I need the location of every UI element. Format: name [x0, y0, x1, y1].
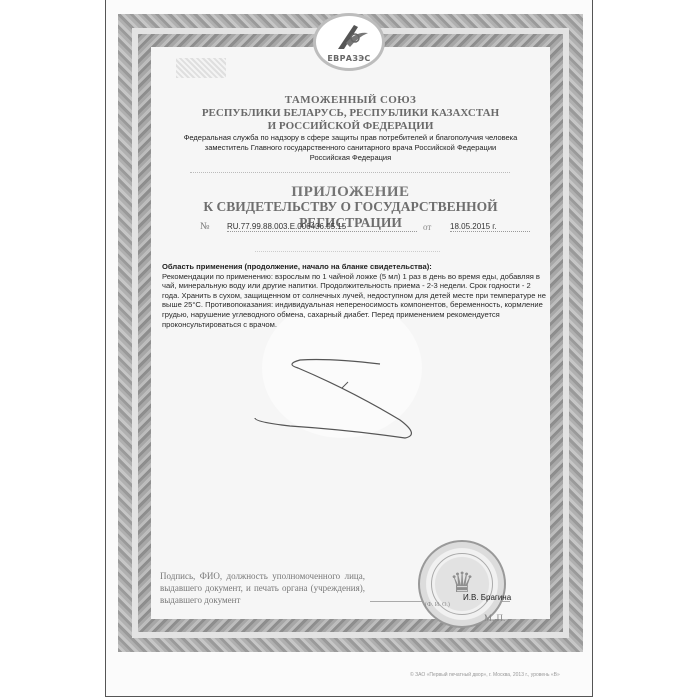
header-line-customs-union: ТАМОЖЕННЫЙ СОЮЗ	[151, 94, 550, 106]
usage-recommendations-text: Рекомендации по применению: взрослым по …	[162, 272, 547, 330]
info-caption-line	[255, 251, 440, 252]
guilloche-pattern-box	[176, 58, 226, 78]
section-title: Область применения (продолжение, начало …	[162, 262, 547, 272]
authority-line-2: заместитель Главного государственного са…	[151, 143, 550, 152]
header-line-russian-federation: И РОССИЙСКОЙ ФЕДЕРАЦИИ	[151, 120, 550, 132]
authority-line-1: Федеральная служба по надзору в сфере за…	[151, 133, 550, 142]
date-label: от	[423, 222, 431, 232]
seal-place-label: М. П.	[484, 613, 505, 623]
signature-caption: Подпись, ФИО, должность уполномоченного …	[160, 570, 365, 606]
registration-date: 18.05.2015 г.	[450, 222, 530, 232]
eurasec-emblem-icon	[334, 21, 370, 53]
header-line-republics: РЕСПУБЛИКИ БЕЛАРУСЬ, РЕСПУБЛИКИ КАЗАХСТА…	[151, 107, 550, 119]
authority-caption-line	[190, 172, 510, 175]
printer-imprint: © ЗАО «Первый печатный двор», г. Москва,…	[410, 672, 560, 678]
handwritten-signature	[250, 330, 450, 460]
registration-number: RU.77.99.88.003.Е.006436.05.15	[227, 222, 417, 232]
authority-line-3: Российская Федерация	[151, 153, 550, 162]
eurasec-emblem: ЕВРАЗЭС	[313, 13, 385, 71]
number-label: №	[200, 221, 210, 232]
initials-hint: (Ф. И. О.)	[425, 602, 450, 608]
emblem-label: ЕВРАЗЭС	[316, 54, 382, 63]
scope-of-application: Область применения (продолжение, начало …	[162, 262, 547, 329]
official-name: И.В. Брагина	[463, 593, 511, 602]
